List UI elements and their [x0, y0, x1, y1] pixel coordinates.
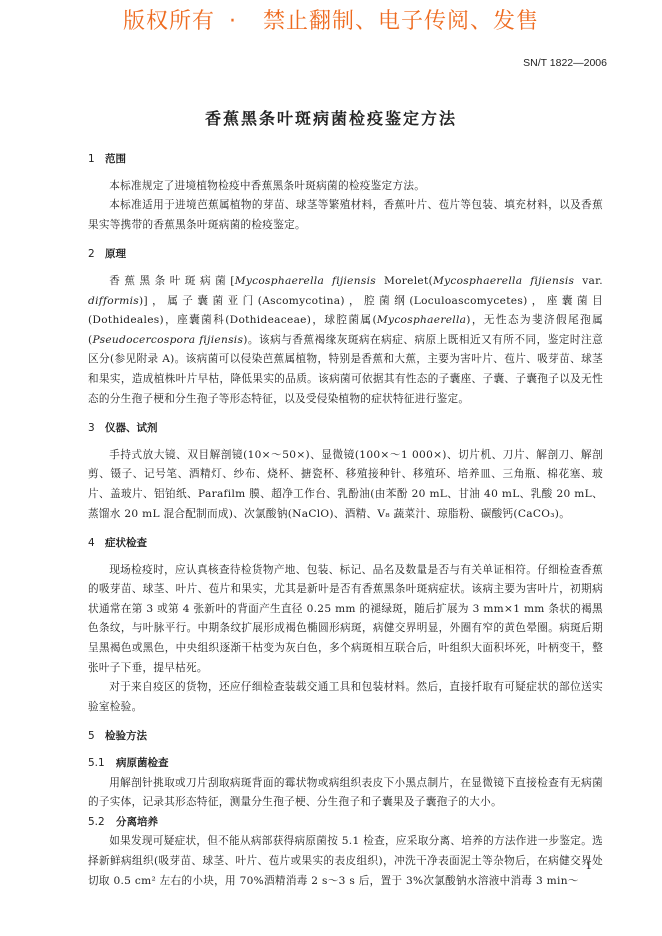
section-1-heading: 1范围 [88, 150, 603, 170]
section-5-1-heading: 5.1病原菌检查 [88, 754, 603, 774]
section-4-paragraph-2: 对于来自疫区的货物，还应仔细检查装载交通工具和包装材料。然后，直接扦取有可疑症状… [88, 678, 603, 717]
section-4-paragraph-1: 现场检疫时，应认真核查待检货物产地、包装、标记、品名及数量是否与有关单证相符。仔… [88, 561, 603, 679]
page-number: 1 [585, 860, 592, 872]
watermark-dot: · [229, 9, 237, 34]
section-3-paragraph: 手持式放大镜、双目解剖镜(10×～50×)、显微镜(100×～1 000×)、切… [88, 446, 603, 524]
copyright-watermark: 版权所有 · 禁止翻制、电子传阅、发售 [0, 4, 662, 35]
section-3-heading: 3仪器、试剂 [88, 419, 603, 439]
standard-number: SN/T 1822—2006 [523, 57, 607, 69]
watermark-left: 版权所有 [123, 9, 215, 34]
section-5-2-paragraph: 如果发现可疑症状，但不能从病部获得病原菌按 5.1 检查，应采取分离、培养的方法… [88, 832, 603, 891]
watermark-right: 禁止翻制、电子传阅、发售 [263, 9, 539, 34]
section-1-paragraph-1: 本标准规定了进境植物检疫中香蕉黑条叶斑病菌的检疫鉴定方法。 [88, 177, 603, 197]
section-4-heading: 4症状检查 [88, 534, 603, 554]
section-1-paragraph-2: 本标准适用于进境芭蕉属植物的芽苗、球茎等繁殖材料，香蕉叶片、苞片等包装、填充材料… [88, 196, 603, 235]
section-2-paragraph: 香蕉黑条叶斑病菌[Mycosphaerella fijiensis Morele… [88, 272, 603, 409]
section-5-1-paragraph: 用解剖针挑取或刀片刮取病斑背面的霉状物或病组织表皮下小黑点制片，在显微镜下直接检… [88, 774, 603, 813]
document-body: 1范围 本标准规定了进境植物检疫中香蕉黑条叶斑病菌的检疫鉴定方法。 本标准适用于… [88, 150, 603, 891]
section-5-heading: 5检验方法 [88, 727, 603, 747]
page-title: 香蕉黑条叶斑病菌检疫鉴定方法 [0, 106, 662, 129]
section-2-heading: 2原理 [88, 245, 603, 265]
section-5-2-heading: 5.2分离培养 [88, 813, 603, 833]
